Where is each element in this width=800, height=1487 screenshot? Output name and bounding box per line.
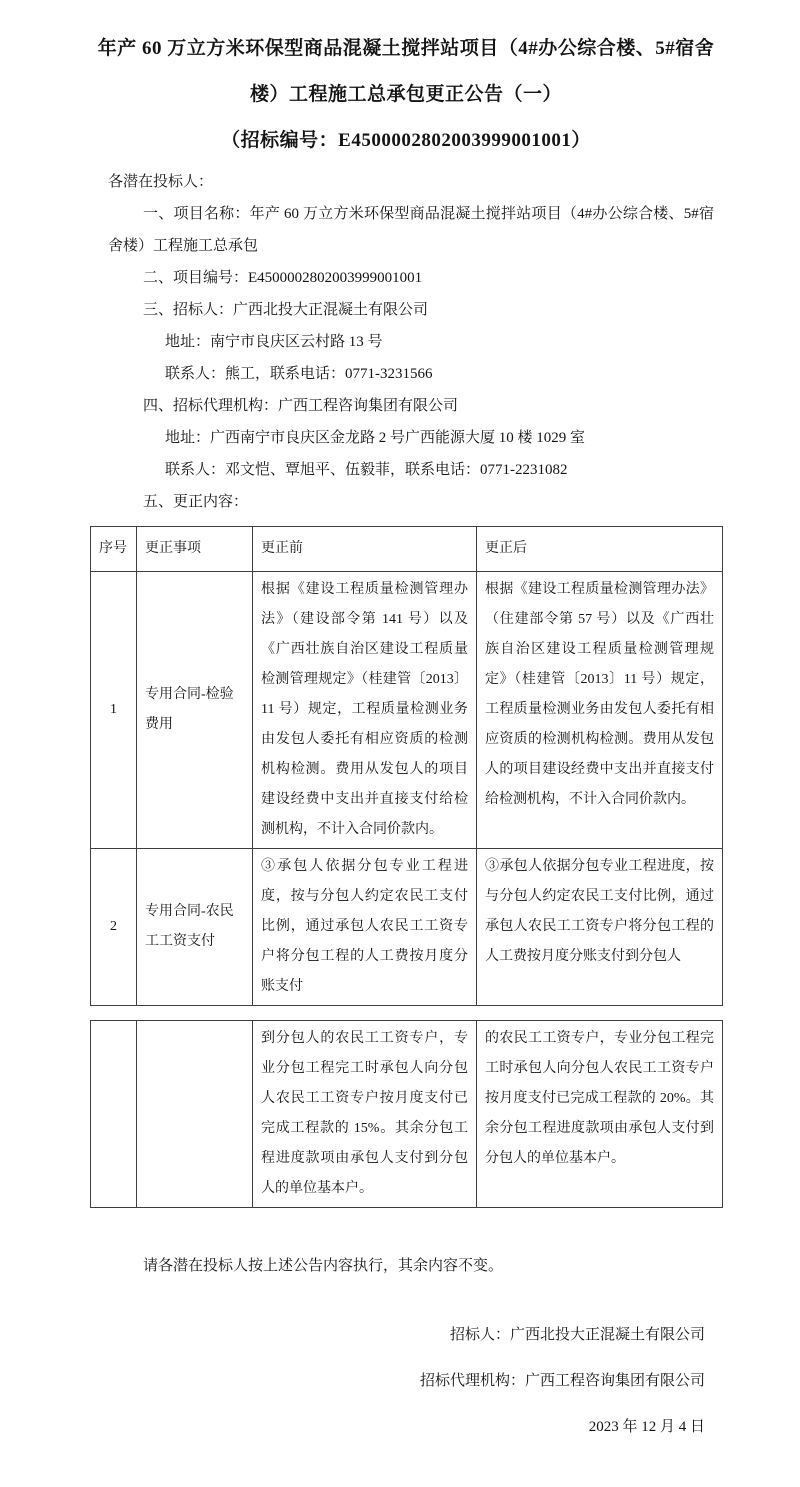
correction-content-heading: 五、更正内容： bbox=[108, 486, 714, 518]
signature-tenderee: 招标人：广西北投大正混凝土有限公司 bbox=[90, 1319, 705, 1352]
continuation-seq bbox=[91, 1021, 137, 1208]
tenderee-address-line: 地址：南宁市良庆区云村路 13 号 bbox=[165, 326, 714, 358]
page-break-gap bbox=[90, 1006, 722, 1020]
salutation-line: 各潜在投标人： bbox=[108, 166, 714, 198]
row1-correction-item: 专用合同-检验费用 bbox=[137, 572, 253, 849]
signature-block: 招标人：广西北投大正混凝土有限公司 招标代理机构：广西工程咨询集团有限公司 20… bbox=[90, 1319, 722, 1444]
continuation-after: 的农民工工资专户，专业分包工程完工时承包人向分包人农民工工资专户按月度支付已完成… bbox=[477, 1021, 723, 1208]
header-correction-item: 更正事项 bbox=[137, 527, 253, 572]
agency-address-line: 地址：广西南宁市良庆区金龙路 2 号广西能源大厦 10 楼 1029 室 bbox=[165, 422, 714, 454]
row1-seq: 1 bbox=[91, 572, 137, 849]
row2-after: ③承包人依据分包专业工程进度，按与分包人约定农民工支付比例，通过承包人农民工工资… bbox=[477, 849, 723, 1006]
row2-seq: 2 bbox=[91, 849, 137, 1006]
header-after-correction: 更正后 bbox=[477, 527, 723, 572]
signature-agency: 招标代理机构：广西工程咨询集团有限公司 bbox=[90, 1365, 705, 1398]
table-header-row: 序号 更正事项 更正前 更正后 bbox=[91, 527, 723, 572]
project-name-line: 一、项目名称：年产 60 万立方米环保型商品混凝土搅拌站项目（4#办公综合楼、5… bbox=[108, 198, 714, 262]
agency-line: 四、招标代理机构：广西工程咨询集团有限公司 bbox=[108, 390, 714, 422]
correction-table: 序号 更正事项 更正前 更正后 1 专用合同-检验费用 根据《建设工程质量检测管… bbox=[90, 526, 723, 1006]
row2-correction-item: 专用合同-农民工工资支付 bbox=[137, 849, 253, 1006]
row1-before: 根据《建设工程质量检测管理办法》（建设部令第 141 号）以及《广西壮族自治区建… bbox=[253, 572, 477, 849]
header-seq: 序号 bbox=[91, 527, 137, 572]
document-page: 年产 60 万立方米环保型商品混凝土搅拌站项目（4#办公综合楼、5#宿舍楼）工程… bbox=[0, 0, 800, 1487]
agency-contact-line: 联系人：邓文恺、覃旭平、伍毅菲，联系电话：0771-2231082 bbox=[165, 454, 714, 486]
correction-table-continuation: 到分包人的农民工工资专户，专业分包工程完工时承包人向分包人农民工工资专户按月度支… bbox=[90, 1020, 723, 1208]
project-number-line: 二、项目编号：E4500002802003999001001 bbox=[108, 262, 714, 294]
closing-instruction: 请各潜在投标人按上述公告内容执行，其余内容不变。 bbox=[108, 1250, 714, 1283]
continuation-correction-item bbox=[137, 1021, 253, 1208]
table-row: 1 专用合同-检验费用 根据《建设工程质量检测管理办法》（建设部令第 141 号… bbox=[91, 572, 723, 849]
tenderee-line: 三、招标人：广西北投大正混凝土有限公司 bbox=[108, 294, 714, 326]
table-continuation-row: 到分包人的农民工工资专户，专业分包工程完工时承包人向分包人农民工工资专户按月度支… bbox=[91, 1021, 723, 1208]
row2-before: ③承包人依据分包专业工程进度，按与分包人约定农民工支付比例，通过承包人农民工工资… bbox=[253, 849, 477, 1006]
document-title: 年产 60 万立方米环保型商品混凝土搅拌站项目（4#办公综合楼、5#宿舍楼）工程… bbox=[90, 26, 722, 118]
table-row: 2 专用合同-农民工工资支付 ③承包人依据分包专业工程进度，按与分包人约定农民工… bbox=[91, 849, 723, 1006]
document-body: 各潜在投标人： 一、项目名称：年产 60 万立方米环保型商品混凝土搅拌站项目（4… bbox=[108, 166, 714, 518]
continuation-before: 到分包人的农民工工资专户，专业分包工程完工时承包人向分包人农民工工资专户按月度支… bbox=[253, 1021, 477, 1208]
row1-after: 根据《建设工程质量检测管理办法》（住建部令第 57 号）以及《广西壮族自治区建设… bbox=[477, 572, 723, 849]
tenderee-contact-line: 联系人：熊工，联系电话：0771-3231566 bbox=[165, 358, 714, 390]
title-block: 年产 60 万立方米环保型商品混凝土搅拌站项目（4#办公综合楼、5#宿舍楼）工程… bbox=[90, 26, 722, 164]
header-before-correction: 更正前 bbox=[253, 527, 477, 572]
tender-reference-number: （招标编号：E4500002802003999001001） bbox=[90, 118, 722, 164]
signature-date: 2023 年 12 月 4 日 bbox=[90, 1411, 705, 1444]
